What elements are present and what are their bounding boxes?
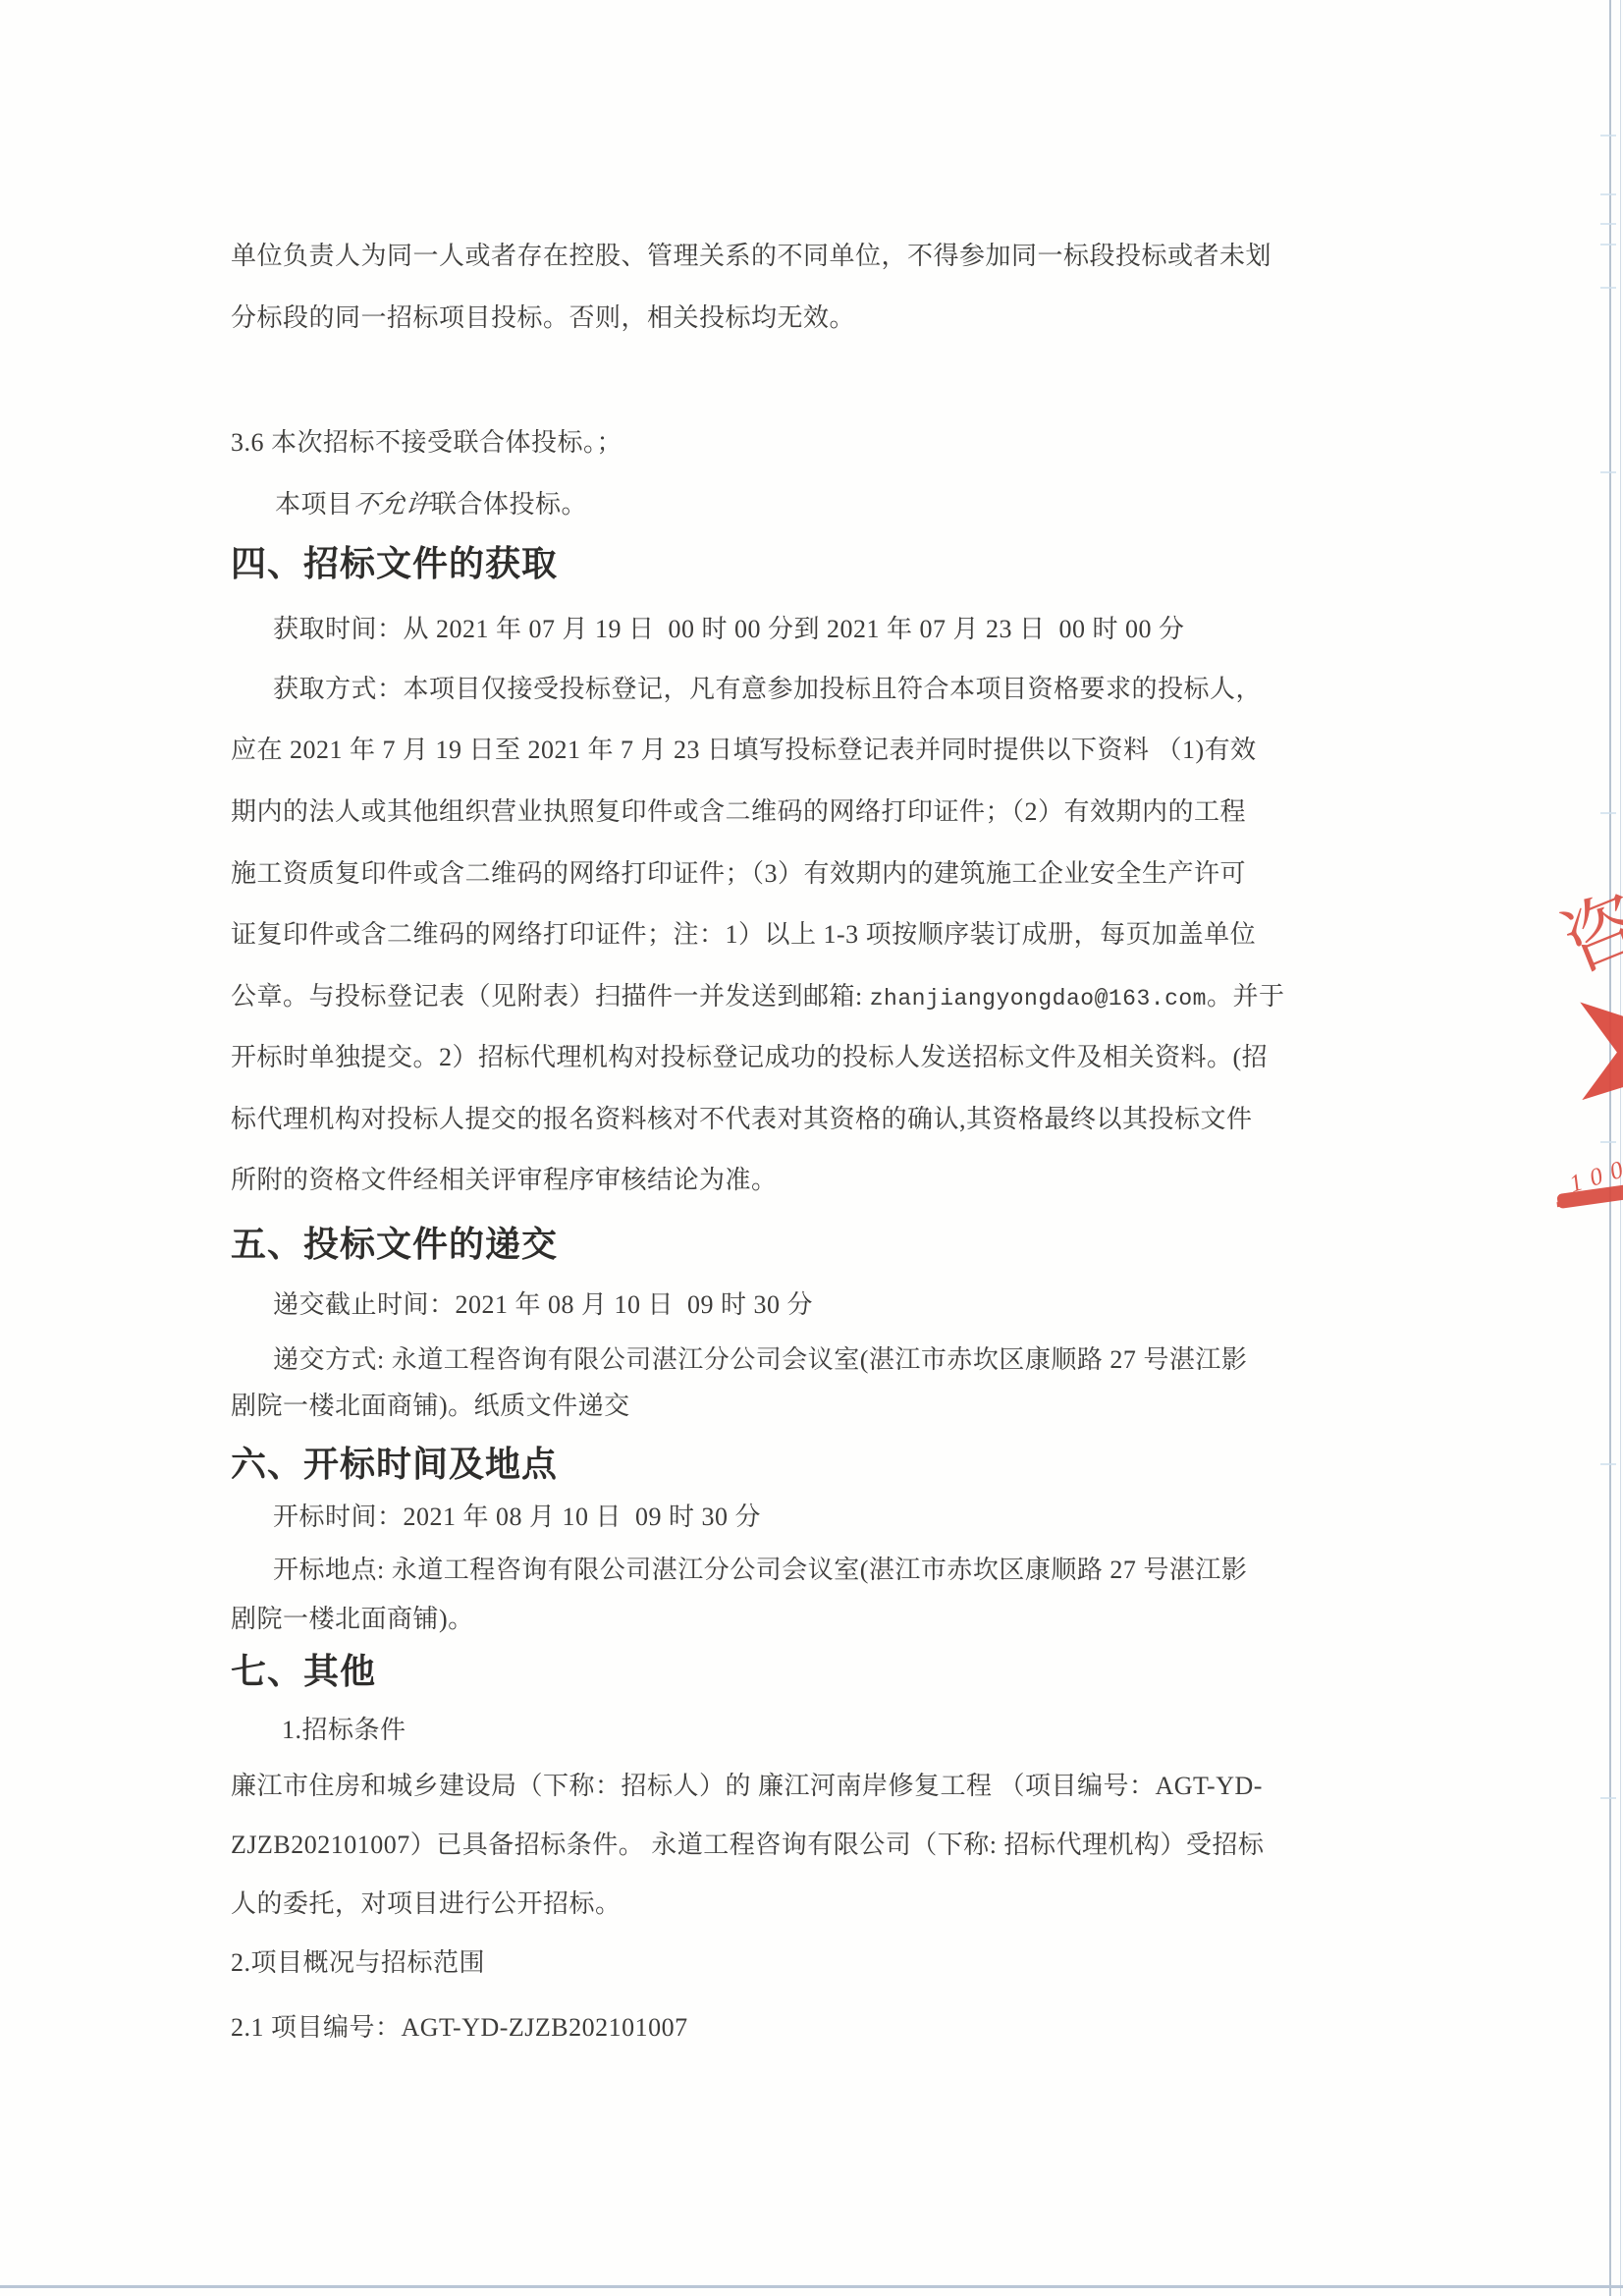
text-run: 递交截止时间：2021 年 08 月 10 日 09 时 30 分 (273, 1290, 813, 1319)
document-line: 获取方式：本项目仅接受投标登记，凡有意参加投标且符合本项目资格要求的投标人， (273, 677, 1262, 702)
text-run: 标代理机构对投标人提交的报名资料核对不代表对其资格的确认,其资格最终以其投标文件 (231, 1105, 1253, 1133)
document-line: 3.6 本次招标不接受联合体投标。； (231, 430, 622, 456)
document-page: 咨 100 单位负责人为同一人或者存在控股、管理关系的不同单位，不得参加同一标段… (0, 0, 1623, 2296)
document-line: 开标时单独提交。2）招标代理机构对投标登记成功的投标人发送招标文件及相关资料。(… (231, 1045, 1268, 1070)
text-run: 2.1 项目编号：AGT-YD-ZJZB202101007 (231, 2013, 688, 2042)
text-run-mono: zhanjiangyongdao@163.com (870, 986, 1207, 1011)
document-line: 标代理机构对投标人提交的报名资料核对不代表对其资格的确认,其资格最终以其投标文件 (231, 1107, 1253, 1132)
scan-artifact-tick (1600, 1463, 1616, 1465)
document-line: 施工资质复印件或含二维码的网络打印证件；（3）有效期内的建筑施工企业安全生产许可 (231, 861, 1246, 887)
document-line: 应在 2021 年 7 月 19 日至 2021 年 7 月 23 日填写投标登… (231, 738, 1257, 763)
text-run: 人的委托，对项目进行公开招标。 (231, 1889, 622, 1918)
text-run: 2.项目概况与招标范围 (231, 1948, 485, 1977)
document-line: ZJZB202101007）已具备招标条件。 永道工程咨询有限公司（下称: 招标… (231, 1832, 1264, 1858)
text-run: 廉江市住房和城乡建设局（下称：招标人）的 廉江河南岸修复工程 （项目编号：AGT… (231, 1772, 1263, 1800)
page-edge-line-vertical-faint (1620, 0, 1621, 2296)
seal-ring-character: 咨 (1551, 884, 1623, 984)
scan-artifact-tick (1600, 1797, 1616, 1799)
document-line: 递交方式: 永道工程咨询有限公司湛江分公司会议室(湛江市赤坎区康顺路 27 号湛… (273, 1347, 1247, 1373)
text-run: ZJZB202101007）已具备招标条件。 永道工程咨询有限公司（下称: 招标… (231, 1831, 1264, 1859)
text-run: 开标时单独提交。2）招标代理机构对投标登记成功的投标人发送招标文件及相关资料。(… (231, 1043, 1268, 1071)
document-line: 人的委托，对项目进行公开招标。 (231, 1891, 622, 1917)
text-run: 所附的资格文件经相关评审程序审核结论为准。 (231, 1166, 778, 1194)
scan-artifact-tick (1600, 135, 1616, 137)
text-run: 分标段的同一招标项目投标。否则，相关投标均无效。 (231, 303, 855, 332)
text-run: 七、其他 (231, 1652, 376, 1691)
text-run: 施工资质复印件或含二维码的网络打印证件；（3）有效期内的建筑施工企业安全生产许可 (231, 859, 1246, 888)
text-run: 四、招标文件的获取 (231, 544, 558, 583)
document-line: 1.招标条件 (282, 1718, 406, 1743)
text-run: 获取方式：本项目仅接受投标登记，凡有意参加投标且符合本项目资格要求的投标人， (273, 675, 1262, 703)
scan-artifact-tick (1600, 1141, 1616, 1143)
text-run: 应在 2021 年 7 月 19 日至 2021 年 7 月 23 日填写投标登… (231, 736, 1257, 764)
text-run: 剧院一楼北面商铺)。 (231, 1605, 474, 1633)
page-edge-line-bottom (0, 2285, 1623, 2288)
scan-artifact-tick (1600, 223, 1616, 225)
section-heading: 五、投标文件的递交 (231, 1227, 558, 1262)
text-run: 获取时间：从 2021 年 07 月 19 日 00 时 00 分到 2021 … (273, 615, 1185, 643)
section-heading: 四、招标文件的获取 (231, 546, 558, 581)
text-run-italic: 不允许 (352, 492, 432, 518)
scan-artifact-tick (1600, 287, 1616, 289)
document-line: 开标时间：2021 年 08 月 10 日 09 时 30 分 (273, 1504, 761, 1530)
document-line: 开标地点: 永道工程咨询有限公司湛江分公司会议室(湛江市赤坎区康顺路 27 号湛… (273, 1558, 1247, 1583)
document-line: 单位负责人为同一人或者存在控股、管理关系的不同单位，不得参加同一标段投标或者未划 (231, 244, 1271, 269)
document-line: 分标段的同一招标项目投标。否则，相关投标均无效。 (231, 305, 855, 331)
scan-artifact-tick (1600, 193, 1616, 195)
text-run: 。并于 (1207, 982, 1285, 1011)
page-edge-line-vertical (1609, 0, 1611, 2296)
document-line: 2.1 项目编号：AGT-YD-ZJZB202101007 (231, 2015, 688, 2041)
text-run: 本项目 (275, 490, 353, 519)
text-run: 开标时间：2021 年 08 月 10 日 09 时 30 分 (273, 1503, 761, 1531)
document-line: 证复印件或含二维码的网络打印证件；注：1）以上 1-3 项按顺序装订成册，每页加… (231, 922, 1256, 948)
scan-artifact-tick (1600, 471, 1616, 473)
document-line: 所附的资格文件经相关评审程序审核结论为准。 (231, 1168, 778, 1193)
text-run: 3.6 本次招标不接受联合体投标。； (231, 428, 622, 457)
text-run: 开标地点: 永道工程咨询有限公司湛江分公司会议室(湛江市赤坎区康顺路 27 号湛… (273, 1556, 1247, 1584)
document-line: 剧院一楼北面商铺)。纸质文件递交 (231, 1394, 630, 1419)
document-line: 公章。与投标登记表（见附表）扫描件一并发送到邮箱: zhanjiangyongd… (231, 984, 1285, 1011)
text-run: 递交方式: 永道工程咨询有限公司湛江分公司会议室(湛江市赤坎区康顺路 27 号湛… (273, 1345, 1247, 1374)
text-run: 单位负责人为同一人或者存在控股、管理关系的不同单位，不得参加同一标段投标或者未划 (231, 242, 1271, 270)
scan-artifact-tick (1600, 244, 1616, 246)
text-run: 六、开标时间及地点 (231, 1445, 558, 1484)
text-run: 1.招标条件 (282, 1716, 406, 1744)
section-heading: 六、开标时间及地点 (231, 1447, 558, 1482)
document-line: 递交截止时间：2021 年 08 月 10 日 09 时 30 分 (273, 1292, 813, 1318)
section-heading: 七、其他 (231, 1654, 376, 1689)
document-line: 廉江市住房和城乡建设局（下称：招标人）的 廉江河南岸修复工程 （项目编号：AGT… (231, 1774, 1263, 1799)
document-line: 期内的法人或其他组织营业执照复印件或含二维码的网络打印证件；（2）有效期内的工程 (231, 799, 1246, 825)
text-run: 期内的法人或其他组织营业执照复印件或含二维码的网络打印证件；（2）有效期内的工程 (231, 797, 1246, 826)
text-run: 证复印件或含二维码的网络打印证件；注：1）以上 1-3 项按顺序装订成册，每页加… (231, 920, 1256, 949)
text-run: 公章。与投标登记表（见附表）扫描件一并发送到邮箱: (231, 982, 870, 1011)
document-line: 本项目不允许联合体投标。 (275, 492, 587, 518)
scan-artifact-tick (1600, 812, 1616, 814)
document-line: 2.项目概况与招标范围 (231, 1950, 485, 1976)
text-run: 联合体投标。 (431, 490, 587, 519)
text-run: 剧院一楼北面商铺)。纸质文件递交 (231, 1392, 630, 1420)
document-line: 剧院一楼北面商铺)。 (231, 1607, 474, 1632)
document-line: 获取时间：从 2021 年 07 月 19 日 00 时 00 分到 2021 … (273, 617, 1185, 642)
text-run: 五、投标文件的递交 (231, 1225, 558, 1264)
